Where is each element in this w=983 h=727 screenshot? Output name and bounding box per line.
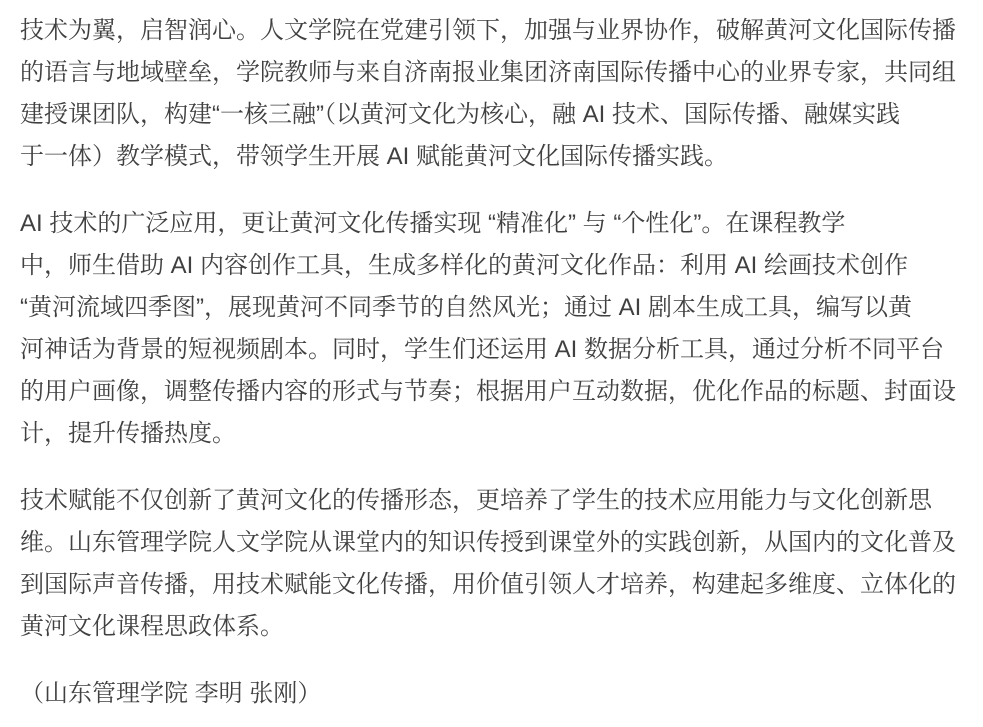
article-page: 技术为翼，启智润心。人文学院在党建引领下，加强与业界协作，破解黄河文化国际传播 … [0,0,983,727]
article-paragraph-2: AI 技术的广泛应用，更让黄河文化传播实现 “精准化” 与 “个性化”。在课程教… [20,203,963,455]
article-paragraph-1: 技术为翼，启智润心。人文学院在党建引领下，加强与业界协作，破解黄河文化国际传播 … [20,10,963,178]
article-body: 技术为翼，启智润心。人文学院在党建引领下，加强与业界协作，破解黄河文化国际传播 … [0,0,983,727]
article-byline: （山东管理学院 李明 张刚） [20,673,963,715]
article-paragraph-3: 技术赋能不仅创新了黄河文化的传播形态，更培养了学生的技术应用能力与文化创新思 维… [20,480,963,648]
